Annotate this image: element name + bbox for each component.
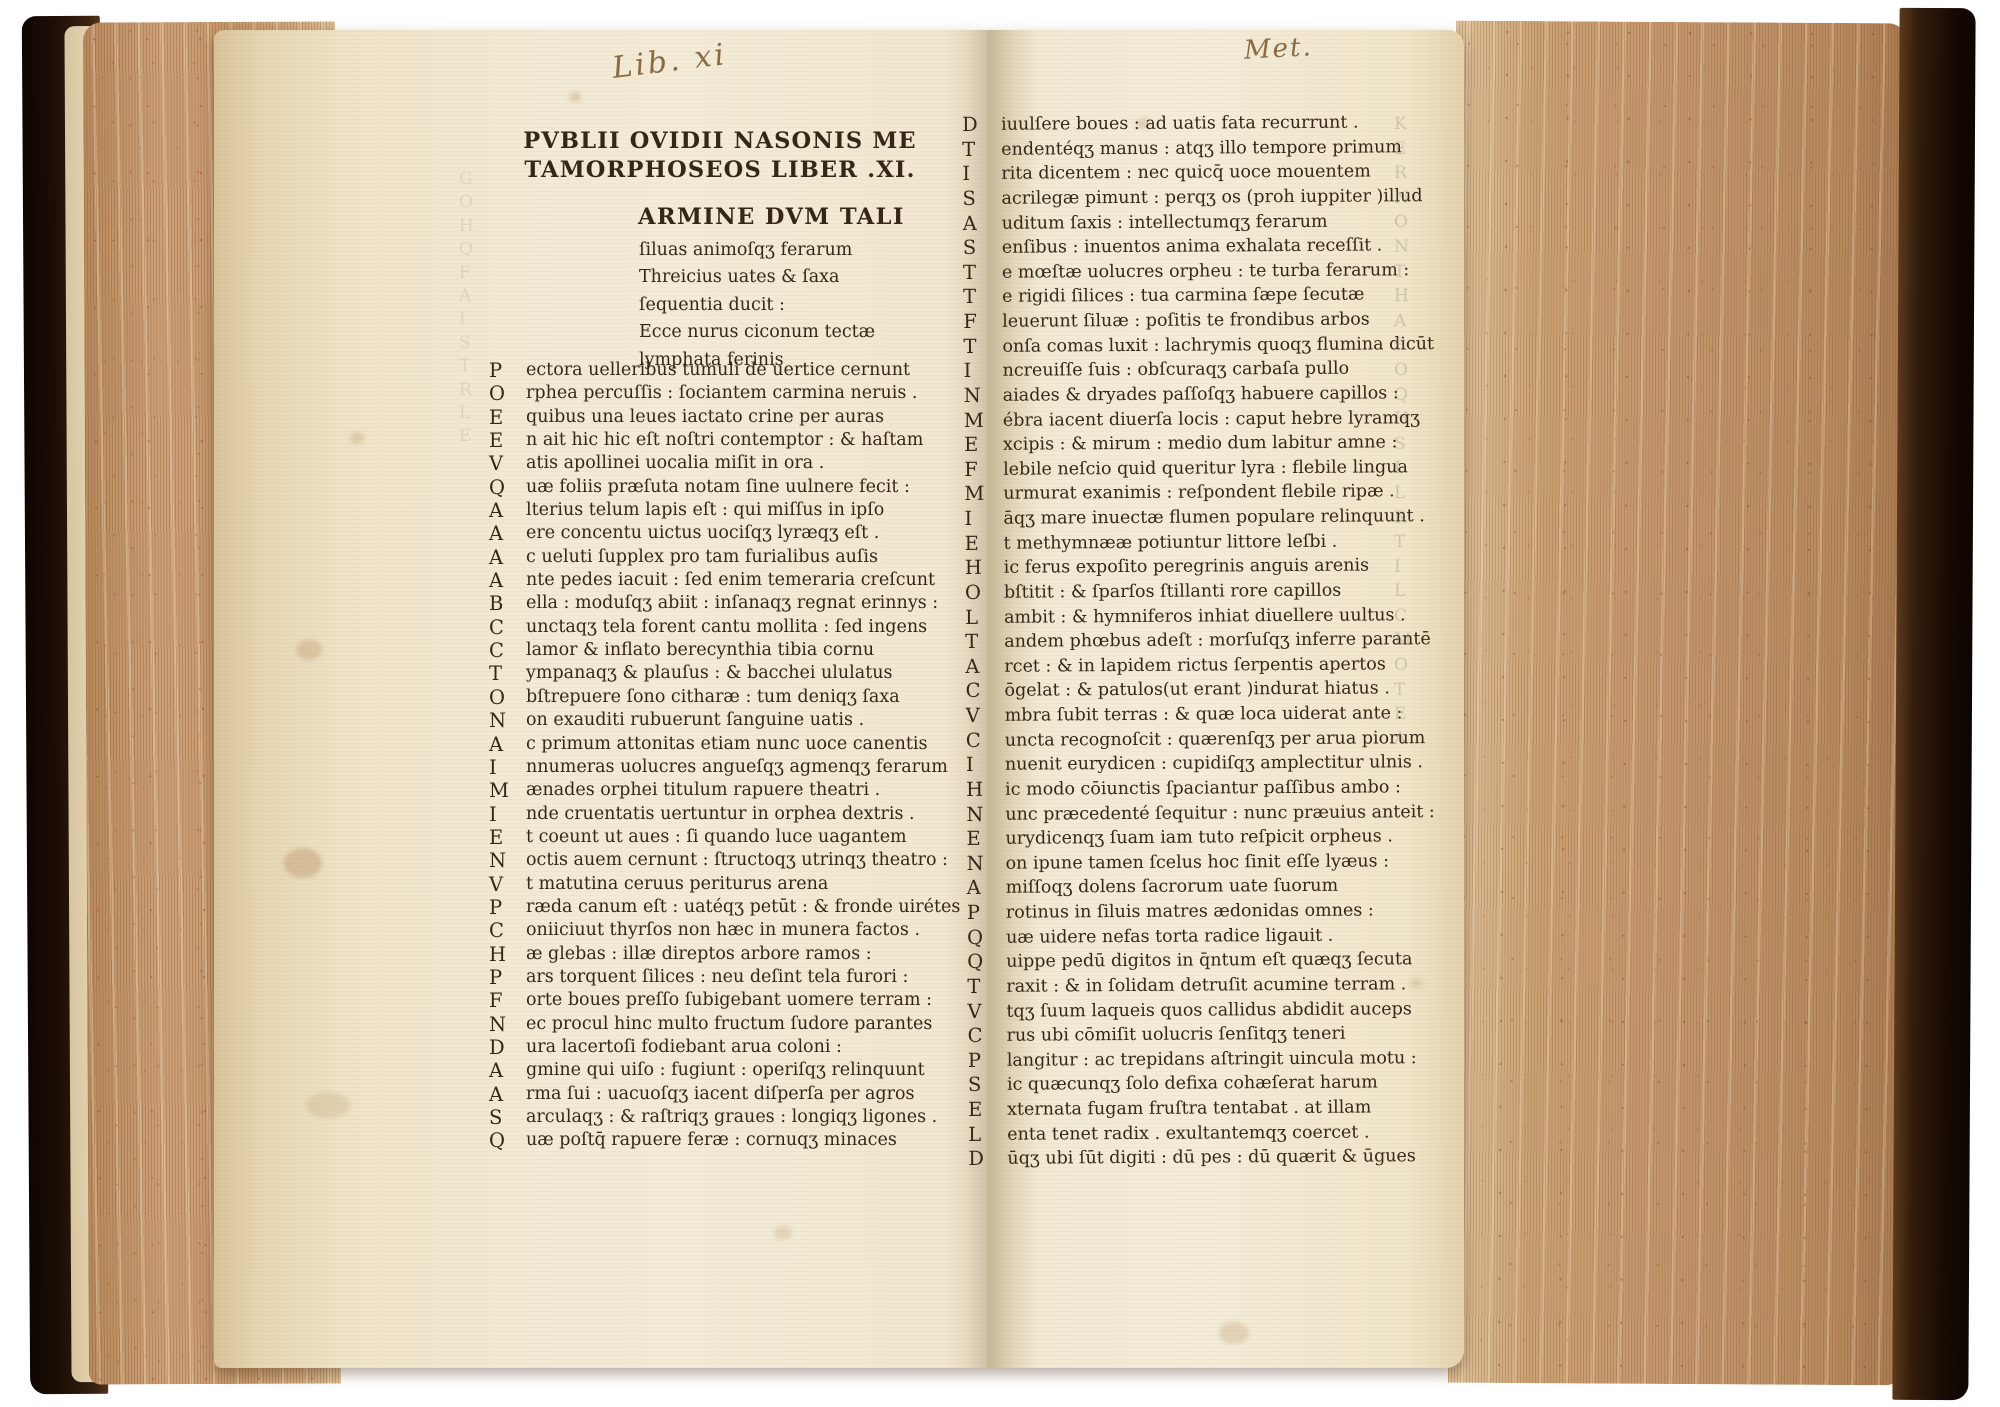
verse-line: N on exauditi rubuerunt ſanguine uatis . [489,709,960,732]
ghost-initial: E [1394,137,1411,162]
verse-initial: E [965,531,1004,556]
verse-initial: O [965,581,1004,606]
verse-initial: D [962,113,1001,138]
verse-line: T onſa comas luxit : lachrymis quoqʒ flu… [963,332,1434,359]
verse-line: P ræda canum eſt : uatéqʒ petūt : & fron… [489,896,960,919]
verse-line: B ella : moduſqʒ abiit : inſanaqʒ regnat… [489,592,960,615]
verse-line: N octis auem cernunt : ſtructoqʒ utrinqʒ… [489,849,960,872]
verse-text: uncta recognoſcit : quærenſqʒ per arua p… [1005,726,1426,753]
verse-line: N on ipune tamen ſcelus hoc ſinit eſſe l… [967,849,1438,876]
verse-line: A rcet : & in lapidem rictus ſerpentis a… [965,652,1436,679]
verse-text: langitur : ac trepidans aſtringit uincul… [1007,1046,1417,1073]
verse-text: lamor & inflato berecynthia tibia cornu [526,639,874,662]
verse-initial: E [966,827,1005,852]
ghost-initial: H [1394,407,1411,432]
verse-initial: N [489,709,526,732]
verse-initial: S [962,187,1001,212]
verse-line: A nte pedes iacuit : ſed enim temeraria … [489,569,960,592]
verse-initial: T [963,285,1002,310]
ghost-initial: R [1394,506,1411,531]
verse-line: Q uippe pedū digitos in q̄ntum eſt quæqʒ… [967,947,1438,974]
verse-initial: L [965,605,1004,630]
verse-initial: A [489,1059,526,1082]
verse-line: A miſſoqʒ dolens ſacrorum uate ſuorum [967,873,1438,900]
verse-line: V atis apollinei uocalia miſit in ora . [489,452,960,475]
verse-initial: M [489,779,526,802]
verse-text: nte pedes iacuit : ſed enim temeraria cr… [526,569,935,592]
verse-initial: A [965,655,1004,680]
verse-text: ic quæcunqʒ ſolo defixa cohæſerat harum [1007,1071,1378,1098]
verse-initial: A [489,546,526,569]
verse-initial: I [489,756,526,779]
verse-line: C uncta recognoſcit : quærenſqʒ per arua… [966,726,1437,753]
verse-initial: P [967,901,1006,926]
verse-initial: A [967,876,1006,901]
verse-initial: I [962,162,1001,187]
verse-text: arculaqʒ : & raſtriqʒ graues : longiqʒ l… [526,1106,937,1129]
foxing-spot [569,92,581,102]
verse-line: D iuulſere boues : ad uatis fata recurru… [962,110,1433,137]
verse-text: ectora uelleribus tumuli de uertice cern… [526,359,910,382]
verse-line: I nde cruentatis uertuntur in orphea dex… [489,803,960,826]
verse-line: C unctaqʒ tela forent cantu mollita : ſe… [489,616,960,639]
ghost-initial: R [1394,333,1411,358]
verse-text: uæ foliis præſuta notam ſine uulnere fec… [526,476,910,499]
verse-text: orte boues preſſo ſubigebant uomere terr… [526,989,932,1012]
verse-initial: D [489,1036,526,1059]
verse-text: enſibus : inuentos anima exhalata receſſ… [1002,234,1383,261]
verse-line: M ænades orphei titulum rapuere theatri … [489,779,960,802]
verse-initial: M [964,408,1003,433]
verse-text: c primum attonitas etiam nunc uoce canen… [526,733,927,756]
verse-line: C rus ubi cōmiſit uolucris ſenſitqʒ tene… [968,1021,1439,1048]
ghost-initial: N [1394,186,1411,211]
verse-text: ræda canum eſt : uatéqʒ petūt : & fronde… [526,896,960,919]
verse-initial: A [489,522,526,545]
verse-line: A lterius telum lapis eſt : qui miſſus i… [489,499,960,522]
verse-text: on exauditi rubuerunt ſanguine uatis . [526,709,864,732]
ghost-initial: S [1394,432,1411,457]
ghost-initial: N [1394,235,1411,260]
verse-line: A c primum attonitas etiam nunc uoce can… [489,733,960,756]
ghost-initial: H [459,215,474,238]
foxing-spot [1219,1322,1249,1344]
verse-text: ūqʒ ubi ſūt digiti : dū pes : dū quærit … [1007,1144,1416,1171]
verse-initial: I [489,803,526,826]
verse-initial: N [966,802,1005,827]
verse-initial: B [489,592,526,615]
ghost-initial: R [1394,161,1411,186]
verse-text: xternata fugam fruſtra tentabat . at ill… [1007,1096,1371,1123]
verse-text: e mœſtæ uolucres orpheu : te turba ferar… [1002,258,1409,285]
verse-text: rotinus in ſiluis matres ædonidas omnes … [1006,898,1374,925]
foxing-spot [306,1092,350,1118]
verse-initial: Q [967,925,1006,950]
ghost-initial: G [459,168,474,191]
verse-line: A uditum ſaxis : intellectumqʒ ferarum [963,209,1434,236]
verse-line: P ars torquent ſilices : neu deſint tela… [489,966,960,989]
verse-initial: Q [489,476,526,499]
verse-text: tqʒ ſuum laqueis quos callidus abdidit a… [1006,997,1411,1024]
verse-initial: T [965,630,1004,655]
ghost-initial: I [1394,456,1411,481]
verse-line: F leuerunt ſiluæ : poſitis te frondibus … [963,307,1434,334]
ghost-initial: A [1394,309,1411,334]
verse-line: T e mœſtæ uolucres orpheu : te turba fer… [963,258,1434,285]
verse-initial: T [489,662,526,685]
verse-line: S ic quæcunqʒ ſolo defixa cohæſerat haru… [968,1070,1439,1097]
verse-line: C oniiciuut thyrſos non hæc in munera fa… [489,919,960,942]
verse-text: ōgelat : & patulos(ut erant )indurat hia… [1004,677,1390,704]
verse-text: nde cruentatis uertuntur in orphea dextr… [526,803,915,826]
verse-text: ic modo cōiunctis ſpaciantur paſſibus am… [1005,775,1401,802]
verse-text: leuerunt ſiluæ : poſitis te frondibus ar… [1002,308,1370,335]
incipit-line: Ecce nurus ciconum tectæ [639,319,875,346]
verse-initial: N [489,849,526,872]
verse-line: M ébra iacent diuerſa locis : caput hebr… [964,406,1435,433]
ghost-initial: F [459,262,474,285]
verse-line: Q uæ uidere nefas torta radice ligauit . [967,923,1438,950]
verse-text: ars torquent ſilices : neu deſint tela f… [526,966,908,989]
foxing-spot [284,848,322,878]
ghost-initial: O [1394,210,1411,235]
verse-initial: E [489,429,526,452]
verse-initial: T [963,261,1002,286]
verse-text: ec procul hinc multo fructum ſudore para… [526,1013,932,1036]
verse-text: acrilegæ pimunt : perqʒ os (proh iuppite… [1001,184,1422,211]
verse-text: ella : moduſqʒ abiit : inſanaqʒ regnat e… [526,592,938,615]
verse-line: P langitur : ac trepidans aſtringit uinc… [968,1046,1439,1073]
verse-text: t methymnææ potiuntur littore leſbi . [1004,529,1338,556]
verse-text: uippe pedū digitos in q̄ntum eſt quæqʒ ſ… [1006,948,1412,975]
verse-line: N unc præcedenté ſequitur : nunc præuius… [966,800,1437,827]
verse-initial: S [968,1073,1007,1098]
verse-line: P ectora uelleribus tumuli de uertice ce… [489,359,960,382]
verse-line: V mbra ſubit terras : & quæ loca uiderat… [966,701,1437,728]
ghost-initial: C [1394,604,1411,629]
verse-initial: F [963,310,1002,335]
verse-text: onſa comas luxit : lachrymis quoqʒ flumi… [1002,332,1434,359]
ghost-initial: T [1394,678,1411,703]
verse-text: octis auem cernunt : ſtructoqʒ utrinqʒ t… [526,849,948,872]
verse-line: S arculaqʒ : & raſtriqʒ graues : longiqʒ… [489,1106,960,1129]
foxing-spot [774,1226,792,1240]
ghost-initial: H [1394,284,1411,309]
verse-text: bſtrepuere ſono citharæ : tum deniqʒ ſax… [526,686,900,709]
ghost-initial: L [1394,579,1411,604]
incipit-line: Threicius uates & ſaxa [639,264,875,291]
showthrough-initials-right: KERNONTHAROQHSILRTILCMOTEA [1394,112,1411,751]
verse-line: E quibus una leues iactato crine per aur… [489,406,960,429]
verse-initial: F [964,458,1003,483]
verse-text: nuenit eurydicen : cupidiſqʒ amplectitur… [1005,750,1423,777]
incipit-block: ſiluas animoſqʒ ferarumThreicius uates &… [639,237,875,374]
verse-text: gmine qui uiſo : fugiunt : operiſqʒ reli… [526,1059,925,1082]
verse-line: D ūqʒ ubi ſūt digiti : dū pes : dū quæri… [968,1144,1439,1171]
foxing-spot [296,640,322,660]
verse-text: ympanaqʒ & plauſus : & bacchei ululatus [526,662,892,685]
verse-line: H ic ferus expoſito peregrinis anguis ar… [965,553,1436,580]
verse-initial: C [965,679,1004,704]
foxing-spot [350,432,364,444]
verse-line: P rotinus in ſiluis matres ædonidas omne… [967,898,1438,925]
verse-text: atis apollinei uocalia miſit in ora . [526,452,824,475]
verse-text: æ glebas : illæ direptos arbore ramos : [526,943,872,966]
ghost-initial: S [459,332,474,355]
ghost-initial: L [1394,481,1411,506]
ghost-initial: T [1394,260,1411,285]
verse-text: uæ poſtq̄ rapuere feræ : cornuqʒ minaces [526,1129,897,1152]
verse-initial: N [964,384,1003,409]
verse-line: T raxit : & in ſolidam detruſit acumine … [967,972,1438,999]
ghost-initial: A [1394,727,1411,752]
verse-text: uditum ſaxis : intellectumqʒ ferarum [1002,209,1328,236]
verse-initial: H [965,556,1004,581]
incipit-line: ſiluas animoſqʒ ferarum [639,237,875,264]
verse-line: E n ait hic hic eſt noſtri contemptor : … [489,429,960,452]
verse-initial: T [963,334,1002,359]
verse-text: quibus una leues iactato crine per auras [526,406,884,429]
verse-text: on ipune tamen ſcelus hoc ſinit eſſe lyæ… [1006,849,1390,876]
verse-initial: V [967,999,1006,1024]
verse-line: O bſtitit : & ſparſos ſtillanti rore cap… [965,578,1436,605]
verse-initial: P [968,1048,1007,1073]
verse-initial: E [964,433,1003,458]
verse-text: raxit : & in ſolidam detruſit acumine te… [1006,972,1406,999]
verse-text: t matutina ceruus periturus arena [526,873,828,896]
verse-text: āqʒ mare inuectæ flumen populare relinqu… [1003,504,1424,531]
verse-initial: C [489,919,526,942]
verse-text: rma ſui : uacuoſqʒ iacent diſperſa per a… [526,1083,915,1106]
verse-line: E t methymnææ potiuntur littore leſbi . [965,529,1436,556]
verse-line: T e rigidi ſilices : tua carmina ſæpe ſe… [963,282,1434,309]
ghost-initial: I [459,308,474,331]
binding-board-right [1892,8,1975,1400]
verse-initial: E [489,406,526,429]
ghost-initial: M [1394,628,1411,653]
verse-text: lterius telum lapis eſt : qui miſſus in … [526,499,884,522]
verse-line: F orte boues preſſo ſubigebant uomere te… [489,989,960,1012]
verse-text: nnumeras uolucres angueſqʒ agmenqʒ ferar… [526,756,948,779]
verse-line: I nnumeras uolucres angueſqʒ agmenqʒ fer… [489,756,960,779]
verse-text: unctaqʒ tela forent cantu mollita : ſed … [526,616,927,639]
book-photo: Lib. xi Met. PVBLII OVIDII NASONIS ME TA… [0,0,2000,1407]
ghost-initial: E [1394,702,1411,727]
incipit-line: ſequentia ducit : [639,292,875,319]
ghost-initial: L [459,402,474,425]
verse-initial: N [967,851,1006,876]
verse-initial: S [963,236,1002,261]
verse-text: uæ uidere nefas torta radice ligauit . [1006,923,1333,950]
ghost-initial: O [459,191,474,214]
verse-text: rus ubi cōmiſit uolucris ſenſitqʒ teneri [1007,1022,1346,1049]
verse-line: M urmurat exanimis : reſpondent flebile … [964,479,1435,506]
verse-initial: C [489,616,526,639]
heading-line-1: PVBLII OVIDII NASONIS ME [484,127,956,156]
ghost-initial: K [1394,112,1411,137]
verse-initial: V [489,452,526,475]
verse-text: ébra iacent diuerſa locis : caput hebre … [1003,406,1420,433]
verse-text: urmurat exanimis : reſpondent flebile ri… [1003,480,1394,507]
verse-initial: A [489,1083,526,1106]
verse-initial: T [967,975,1006,1000]
heading-line-2: TAMORPHOSEOS LIBER .XI. [484,156,956,185]
verse-text: bſtitit : & ſparſos ſtillanti rore capil… [1004,579,1341,606]
verse-initial: N [489,1013,526,1036]
verse-text: ænades orphei titulum rapuere theatri . [526,779,880,802]
verse-text: rita dicentem : nec quicq̄ uoce mouentem [1001,160,1371,187]
verse-text: lebile neſcio quid queritur lyra : flebi… [1003,455,1408,482]
verse-column-left: P ectora uelleribus tumuli de uertice ce… [489,359,960,1153]
verse-line: H æ glebas : illæ direptos arbore ramos … [489,943,960,966]
ghost-initial: T [459,355,474,378]
verse-line: A c ueluti ſupplex pro tam furialibus au… [489,546,960,569]
verse-line: I rita dicentem : nec quicq̄ uoce mouent… [962,159,1433,186]
verse-line: E urydicenqʒ ſuam iam tuto reſpicit orph… [966,824,1437,851]
verse-line: Q uæ poſtq̄ rapuere feræ : cornuqʒ minac… [489,1129,960,1152]
ghost-initial: I [1394,555,1411,580]
verse-line: T andem phœbus adeſt : morſuſqʒ inferre … [965,627,1436,654]
verse-line: A ere concentu uictus uociſqʒ lyræqʒ eſt… [489,522,960,545]
verse-text: urydicenqʒ ſuam iam tuto reſpicit orpheu… [1005,825,1393,852]
verse-initial: V [966,704,1005,729]
verse-initial: H [966,778,1005,803]
verse-initial: P [489,966,526,989]
verse-initial: I [964,507,1003,532]
verse-line: O bſtrepuere ſono citharæ : tum deniqʒ ſ… [489,686,960,709]
verse-line: S acrilegæ pimunt : perqʒ os (proh iuppi… [962,184,1433,211]
verse-line: H ic modo cōiunctis ſpaciantur paſſibus … [966,775,1437,802]
verse-text: ambit : & hymniferos inhiat diuellere uu… [1004,603,1406,630]
verse-text: iuulſere boues : ad uatis fata recurrunt… [1001,111,1359,138]
verse-initial: O [489,382,526,405]
verse-initial: A [963,211,1002,236]
verse-text: n ait hic hic eſt noſtri contemptor : & … [526,429,923,452]
verse-initial: L [968,1122,1007,1147]
ghost-initial: Q [1394,383,1411,408]
verse-initial: F [489,989,526,1012]
verse-initial: D [968,1147,1007,1172]
verse-line: C ōgelat : & patulos(ut erant )indurat h… [965,676,1436,703]
verse-line: S enſibus : inuentos anima exhalata rece… [963,233,1434,260]
verse-text: ncreuiſſe ſuis : obſcuraqʒ carbaſa pullo [1003,357,1350,384]
verse-text: xcipis : & mirum : medio dum labitur amn… [1003,430,1397,457]
verse-line: A rma ſui : uacuoſqʒ iacent diſperſa per… [489,1083,960,1106]
verse-initial: H [489,943,526,966]
verse-initial: V [489,873,526,896]
incipit-title: ARMINE DVM TALI [638,204,905,230]
verse-text: e rigidi ſilices : tua carmina ſæpe ſecu… [1002,283,1364,310]
verse-line: I ncreuiſſe ſuis : obſcuraqʒ carbaſa pul… [964,356,1435,383]
verse-text: unc præcedenté ſequitur : nunc præuius a… [1005,800,1435,827]
verse-line: V t matutina ceruus periturus arena [489,873,960,896]
verse-line: N aiades & dryades paſſoſqʒ habuere capi… [964,381,1435,408]
verse-line: I nuenit eurydicen : cupidiſqʒ amplectit… [966,750,1437,777]
verse-line: A gmine qui uiſo : fugiunt : operiſqʒ re… [489,1059,960,1082]
verse-line: F lebile neſcio quid queritur lyra : fle… [964,455,1435,482]
verse-line: C lamor & inflato berecynthia tibia corn… [489,639,960,662]
verse-initial: I [964,359,1003,384]
verse-initial: A [489,569,526,592]
verse-text: aiades & dryades paſſoſqʒ habuere capill… [1003,381,1399,408]
verse-text: ura lacertoſi fodiebant arua coloni : [526,1036,842,1059]
ghost-initial: O [1394,358,1411,383]
ghost-initial: A [459,285,474,308]
ghost-initial: O [1394,653,1411,678]
showthrough-initials-left: GOHQFAISTRLE [459,168,474,449]
handwritten-note-right: Met. [1243,32,1313,66]
verse-initial: P [489,359,526,382]
verse-line: V tqʒ ſuum laqueis quos callidus abdidit… [967,997,1438,1024]
verse-initial: O [489,686,526,709]
ghost-initial: R [459,379,474,402]
verse-line: T ympanaqʒ & plauſus : & bacchei ululatu… [489,662,960,685]
verse-line: L ambit : & hymniferos inhiat diuellere … [965,603,1436,630]
verse-text: endentéqʒ manus : atqʒ illo tempore prim… [1001,135,1402,162]
verse-line: L enta tenet radix . exultantemqʒ coerce… [968,1120,1439,1147]
verse-line: O rphea percuſſis : ſociantem carmina ne… [489,382,960,405]
verse-initial: E [968,1098,1007,1123]
verse-initial: A [489,733,526,756]
verse-text: ere concentu uictus uociſqʒ lyræqʒ eſt . [526,522,879,545]
chapter-heading: PVBLII OVIDII NASONIS ME TAMORPHOSEOS LI… [484,127,956,185]
verse-column-right: D iuulſere boues : ad uatis fata recurru… [962,110,1439,1172]
verse-text: oniiciuut thyrſos non hæc in munera fact… [526,919,920,942]
verse-initial: C [968,1024,1007,1049]
verse-line: E xternata fugam fruſtra tentabat . at i… [968,1095,1439,1122]
verse-text: ic ferus expoſito peregrinis anguis aren… [1004,554,1369,581]
verse-text: enta tenet radix . exultantemqʒ coercet … [1007,1120,1369,1147]
verse-line: E t coeunt ut aues : ſi quando luce uaga… [489,826,960,849]
verse-initial: Q [489,1129,526,1152]
verse-initial: A [489,499,526,522]
verse-line: Q uæ foliis præſuta notam ſine uulnere f… [489,476,960,499]
verse-initial: Q [967,950,1006,975]
verse-initial: C [966,728,1005,753]
verse-initial: T [962,137,1001,162]
verse-text: miſſoqʒ dolens ſacrorum uate ſuorum [1006,874,1339,901]
ghost-initial: E [459,425,474,448]
fore-edge-right [1448,21,1908,1386]
verse-line: D ura lacertoſi fodiebant arua coloni : [489,1036,960,1059]
verse-text: rphea percuſſis : ſociantem carmina neru… [526,382,917,405]
verse-line: N ec procul hinc multo fructum ſudore pa… [489,1013,960,1036]
verse-text: andem phœbus adeſt : morſuſqʒ inferre pa… [1004,627,1431,654]
verse-initial: M [964,482,1003,507]
verse-line: T endentéqʒ manus : atqʒ illo tempore pr… [962,135,1433,162]
verse-initial: P [489,896,526,919]
verse-initial: I [966,753,1005,778]
ghost-initial: T [1394,530,1411,555]
verse-text: mbra ſubit terras : & quæ loca uiderat a… [1005,701,1403,728]
verse-text: rcet : & in lapidem rictus ſerpentis ape… [1004,652,1386,679]
ghost-initial: Q [459,238,474,261]
verse-text: c ueluti ſupplex pro tam furialibus auſi… [526,546,878,569]
verse-line: I āqʒ mare inuectæ flumen populare relin… [964,504,1435,531]
verse-initial: E [489,826,526,849]
verse-initial: S [489,1106,526,1129]
verse-initial: C [489,639,526,662]
verse-text: t coeunt ut aues : ſi quando luce uagant… [526,826,907,849]
verse-line: E xcipis : & mirum : medio dum labitur a… [964,430,1435,457]
